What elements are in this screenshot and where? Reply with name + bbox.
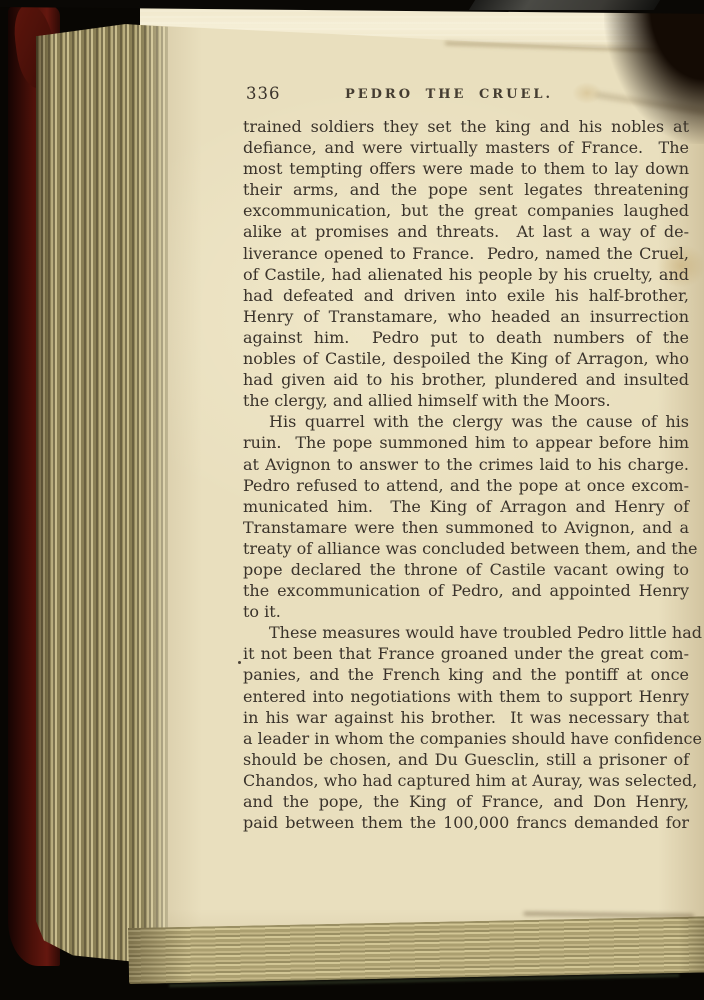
text-line: against him. Pedro put to death numbers … [243, 327, 689, 348]
text-line: the clergy, and allied himself with the … [243, 390, 689, 411]
text-line: should be chosen, and Du Guesclin, still… [243, 749, 689, 770]
text-line: entered into negotiations with them to s… [243, 686, 689, 707]
text-line: excommunication, but the great companies… [243, 200, 689, 221]
text-line: most tempting offers were made to them t… [243, 158, 689, 179]
text-line: trained soldiers they set the king and h… [243, 116, 689, 137]
text-line: and the pope, the King of France, and Do… [243, 791, 689, 812]
page-text: trained soldiers they set the king and h… [243, 116, 689, 833]
text-line: paid between them the 100,000 francs dem… [243, 812, 689, 833]
text-line: Pedro refused to attend, and the pope at… [243, 475, 689, 496]
text-line: had given aid to his brother, plundered … [243, 369, 689, 390]
text-line: of Castile, had alienated his people by … [243, 264, 689, 285]
text-line: a leader in whom the companies should ha… [243, 728, 689, 749]
book-photo: 336 PEDRO THE CRUEL. trained soldiers th… [0, 0, 704, 1000]
text-line: panies, and the French king and the pont… [243, 664, 689, 685]
text-line: Henry of Transtamare, who headed an insu… [243, 306, 689, 327]
page-header: 336 PEDRO THE CRUEL. [243, 84, 689, 106]
text-line: alike at promises and threats. At last a… [243, 221, 689, 242]
text-line: the excommunication of Pedro, and appoin… [243, 580, 689, 601]
ink-speck [238, 661, 241, 664]
book-page: 336 PEDRO THE CRUEL. trained soldiers th… [140, 4, 704, 964]
text-line: His quarrel with the clergy was the caus… [243, 411, 689, 432]
text-line: nobles of Castile, despoiled the King of… [243, 348, 689, 369]
text-line: pope declared the throne of Castile vaca… [243, 559, 689, 580]
text-line: their arms, and the pope sent legates th… [243, 179, 689, 200]
background-object [469, 0, 660, 10]
page-bottom-edge [128, 916, 704, 984]
text-line: treaty of alliance was concluded between… [243, 538, 689, 559]
text-line: defiance, and were virtually masters of … [243, 137, 689, 158]
text-line: Chandos, who had captured him at Auray, … [243, 770, 689, 791]
running-header: PEDRO THE CRUEL. [226, 87, 672, 102]
text-line: municated him. The King of Arragon and H… [243, 496, 689, 517]
text-line: at Avignon to answer to the crimes laid … [243, 454, 689, 475]
text-line: These measures would have troubled Pedro… [243, 622, 689, 643]
text-line: Transtamare were then summoned to Avigno… [243, 517, 689, 538]
text-line: in his war against his brother. It was n… [243, 707, 689, 728]
text-line: had defeated and driven into exile his h… [243, 285, 689, 306]
text-line: to it. [243, 601, 689, 622]
text-line: ruin. The pope summoned him to appear be… [243, 432, 689, 453]
text-line: liverance opened to France. Pedro, named… [243, 243, 689, 264]
page-edge-stack [36, 24, 168, 962]
text-line: it not been that France groaned under th… [243, 643, 689, 664]
